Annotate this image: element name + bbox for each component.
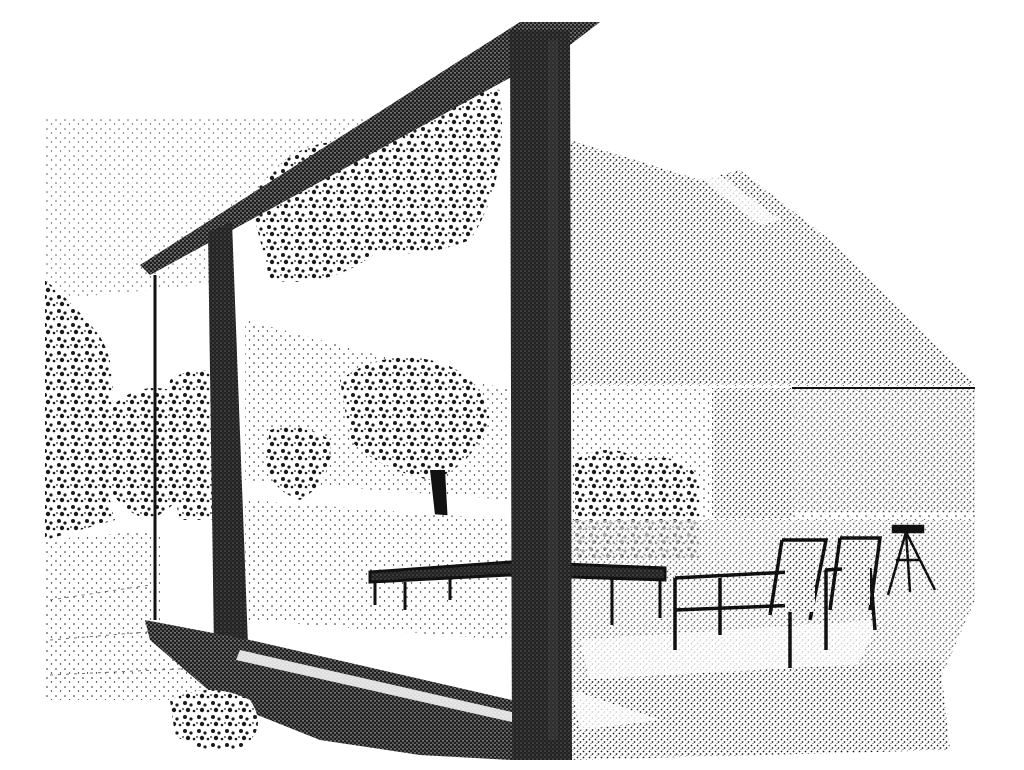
right-wall-panel	[792, 388, 975, 513]
stipple-drawing	[0, 0, 1024, 770]
frame-center-post-highlight	[548, 40, 558, 740]
frame-center-post	[510, 30, 572, 760]
chimney-block	[712, 388, 792, 518]
